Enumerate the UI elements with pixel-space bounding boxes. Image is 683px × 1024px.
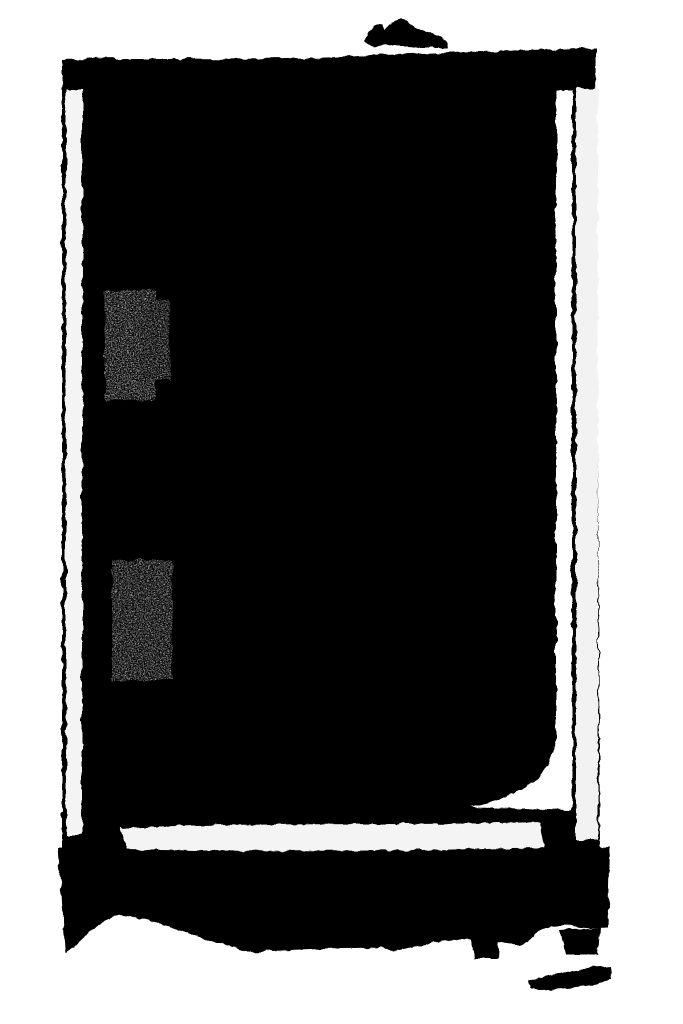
monochrome-framed-panel-image	[0, 0, 683, 1024]
frame-left-post	[66, 90, 82, 835]
frame-right-post	[576, 88, 598, 840]
dark-panel	[88, 78, 556, 812]
